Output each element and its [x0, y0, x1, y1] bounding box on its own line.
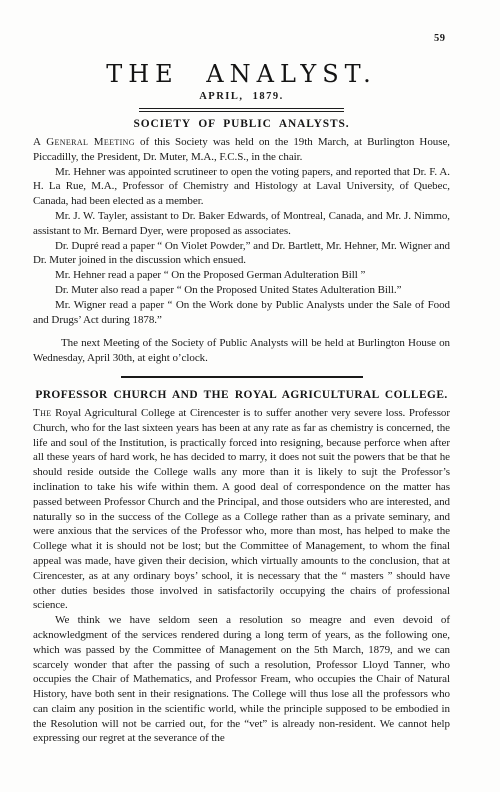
church-paragraph-2: We think we have seldom seen a resolutio…: [33, 613, 450, 746]
paragraph-text: Royal Agricultural College at Cirenceste…: [33, 407, 450, 611]
society-paragraph-1: A General Meeting of this Society was he…: [33, 135, 450, 165]
society-paragraph-3: Mr. J. W. Tayler, assistant to Dr. Baker…: [33, 209, 450, 239]
journal-title: THE ANALYST.: [33, 61, 450, 87]
next-meeting-notice: The next Meeting of the Society of Publi…: [33, 336, 450, 366]
society-paragraph-5: Mr. Hehner read a paper “ On the Propose…: [33, 268, 450, 283]
smallcaps-lead: The: [33, 407, 51, 419]
scanned-journal-page: 59 THE ANALYST. APRIL, 1879. SOCIETY OF …: [0, 0, 500, 792]
section-heading-society: SOCIETY OF PUBLIC ANALYSTS.: [33, 118, 450, 130]
section-divider-rule: [121, 376, 363, 378]
masthead-double-rule: [139, 108, 344, 112]
page-content: THE ANALYST. APRIL, 1879. SOCIETY OF PUB…: [33, 0, 450, 746]
smallcaps-lead: A General Meeting: [33, 136, 135, 148]
section-heading-church: PROFESSOR CHURCH AND THE ROYAL AGRICULTU…: [33, 389, 450, 401]
society-paragraph-4: Dr. Dupré read a paper “ On Violet Powde…: [33, 239, 450, 269]
church-paragraph-1: The Royal Agricultural College at Cirenc…: [33, 406, 450, 613]
society-paragraph-6: Dr. Muter also read a paper “ On the Pro…: [33, 283, 450, 298]
society-paragraph-2: Mr. Hehner was appointed scrutineer to o…: [33, 165, 450, 209]
society-paragraph-7: Mr. Wigner read a paper “ On the Work do…: [33, 298, 450, 328]
issue-date: APRIL, 1879.: [33, 91, 450, 102]
